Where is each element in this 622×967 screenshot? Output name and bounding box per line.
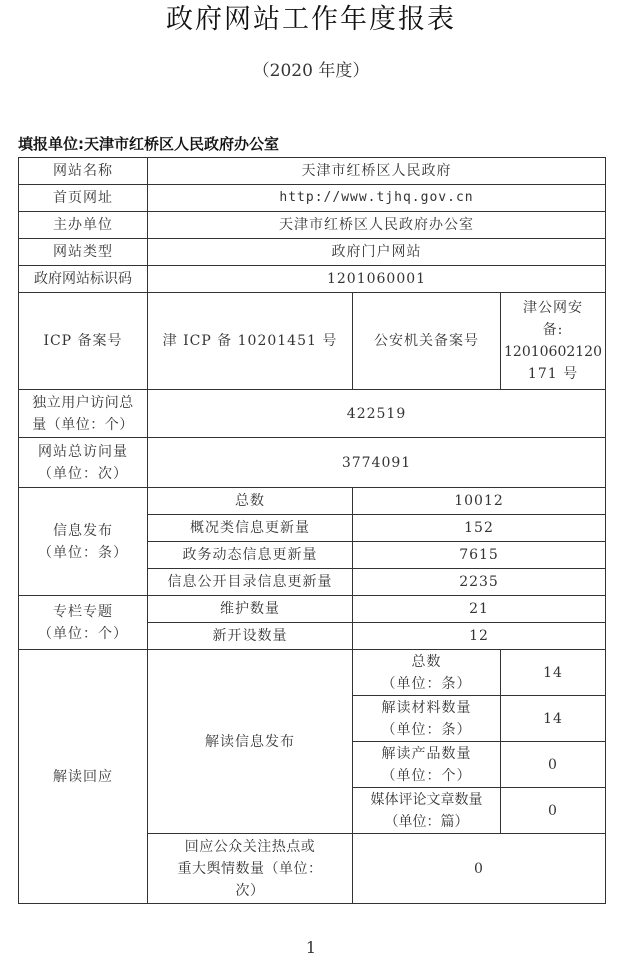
row-homepage-url: 首页网址 http://www.tjhq.gov.cn: [19, 185, 606, 212]
label-interp-response: 回应公众关注热点或 重大舆情数量（单位： 次）: [148, 834, 353, 904]
label-info-total: 总数: [148, 488, 353, 515]
value-total-visits: 3774091: [148, 438, 606, 488]
label-info-overview: 概况类信息更新量: [148, 515, 353, 542]
row-unique-visitors: 独立用户访问总 量（单位：个） 422519: [19, 390, 606, 438]
value-police-record: 津公网安 备: 12010602120 171 号: [501, 293, 606, 390]
report-table: 网站名称 天津市红桥区人民政府 首页网址 http://www.tjhq.gov…: [18, 157, 606, 904]
label-interp-release: 解读信息发布: [148, 650, 353, 834]
row-columns-maintained: 专栏专题 （单位：个） 维护数量 21: [19, 596, 606, 623]
value-info-overview: 152: [353, 515, 606, 542]
row-site-name: 网站名称 天津市红桥区人民政府: [19, 158, 606, 185]
label-police-record: 公安机关备案号: [353, 293, 501, 390]
label-info-news: 政务动态信息更新量: [148, 542, 353, 569]
label-sponsor: 主办单位: [19, 212, 148, 239]
label-interp-products: 解读产品数量 （单位：个）: [353, 742, 501, 788]
value-site-type: 政府门户网站: [148, 239, 606, 266]
label-interpretation: 解读回应: [19, 650, 148, 904]
value-columns-maintained: 21: [353, 596, 606, 623]
value-interp-media: 0: [501, 788, 606, 834]
label-info-release: 信息发布 （单位：条）: [19, 488, 148, 596]
filler-unit: 填报单位:天津市红桥区人民政府办公室: [18, 134, 279, 154]
row-total-visits: 网站总访问量 （单位：次） 3774091: [19, 438, 606, 488]
label-interp-media: 媒体评论文章数量 （单位：篇）: [353, 788, 501, 834]
value-info-total: 10012: [353, 488, 606, 515]
label-columns: 专栏专题 （单位：个）: [19, 596, 148, 650]
row-site-type: 网站类型 政府门户网站: [19, 239, 606, 266]
page-title: 政府网站工作年度报表: [0, 2, 622, 38]
value-homepage-url: http://www.tjhq.gov.cn: [148, 185, 606, 212]
value-sponsor: 天津市红桥区人民政府办公室: [148, 212, 606, 239]
page-number: 1: [0, 938, 622, 957]
value-info-catalog: 2235: [353, 569, 606, 596]
label-icp: ICP 备案号: [19, 293, 148, 390]
label-interp-total: 总数 （单位：条）: [353, 650, 501, 696]
report-year: （2020 年度）: [0, 58, 622, 84]
label-columns-maintained: 维护数量: [148, 596, 353, 623]
value-site-name: 天津市红桥区人民政府: [148, 158, 606, 185]
value-interp-response: 0: [353, 834, 606, 904]
label-total-visits: 网站总访问量 （单位：次）: [19, 438, 148, 488]
label-info-catalog: 信息公开目录信息更新量: [148, 569, 353, 596]
label-interp-materials: 解读材料数量 （单位：条）: [353, 696, 501, 742]
value-interp-total: 14: [501, 650, 606, 696]
row-sponsor: 主办单位 天津市红桥区人民政府办公室: [19, 212, 606, 239]
value-interp-products: 0: [501, 742, 606, 788]
row-icp: ICP 备案号 津 ICP 备 10201451 号 公安机关备案号 津公网安 …: [19, 293, 606, 390]
label-site-name: 网站名称: [19, 158, 148, 185]
label-site-code: 政府网站标识码: [19, 266, 148, 293]
label-site-type: 网站类型: [19, 239, 148, 266]
value-columns-new: 12: [353, 623, 606, 650]
value-interp-materials: 14: [501, 696, 606, 742]
row-site-code: 政府网站标识码 1201060001: [19, 266, 606, 293]
value-icp: 津 ICP 备 10201451 号: [148, 293, 353, 390]
label-unique-visitors: 独立用户访问总 量（单位：个）: [19, 390, 148, 438]
value-info-news: 7615: [353, 542, 606, 569]
label-columns-new: 新开设数量: [148, 623, 353, 650]
value-site-code: 1201060001: [148, 266, 606, 293]
value-unique-visitors: 422519: [148, 390, 606, 438]
row-interp-total: 解读回应 解读信息发布 总数 （单位：条） 14: [19, 650, 606, 696]
row-info-total: 信息发布 （单位：条） 总数 10012: [19, 488, 606, 515]
label-homepage-url: 首页网址: [19, 185, 148, 212]
